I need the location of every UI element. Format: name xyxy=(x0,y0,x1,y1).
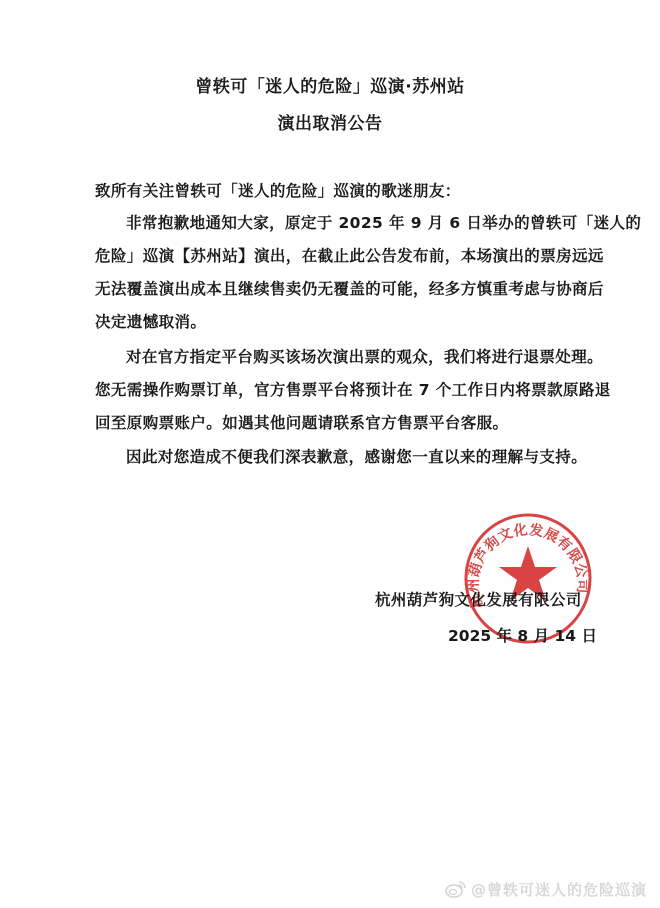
weibo-icon xyxy=(445,879,467,899)
document-title: 曾轶可「迷人的危险」巡演·苏州站 xyxy=(0,72,660,97)
paragraph-line: 危险」巡演【苏州站】演出，在截止此公告发布前，本场演出的票房远远 xyxy=(95,240,567,273)
paragraph-line: 因此对您造成不便我们深表歉意，感谢您一直以来的理解与支持。 xyxy=(95,441,567,474)
signature-date: 2025 年 8 月 14 日 xyxy=(448,624,597,646)
paragraph-apology: 因此对您造成不便我们深表歉意，感谢您一直以来的理解与支持。 xyxy=(95,441,567,474)
watermark-text: @曾轶可迷人的危险巡演 xyxy=(471,879,647,900)
paragraph-line: 无法覆盖演出成本且继续售卖仍无覆盖的可能，经多方慎重考虑与协商后 xyxy=(95,273,567,306)
salutation: 致所有关注曾轶可「迷人的危险」巡演的歌迷朋友： xyxy=(95,175,567,208)
paragraph-line: 您无需操作购票订单，官方售票平台将预计在 7 个工作日内将票款原路退 xyxy=(95,374,567,407)
paragraph-line: 回至原购票账户。如遇其他问题请联系官方售票平台客服。 xyxy=(95,407,567,440)
document-subtitle: 演出取消公告 xyxy=(0,109,660,134)
paragraph-refund: 对在官方指定平台购买该场次演出票的观众，我们将进行退票处理。 您无需操作购票订单… xyxy=(95,341,567,440)
weibo-watermark: @曾轶可迷人的危险巡演 xyxy=(445,876,647,902)
paragraph-cancellation: 非常抱歉地通知大家，原定于 2025 年 9 月 6 日举办的曾轶可「迷人的 危… xyxy=(95,207,567,339)
signature-company: 杭州葫芦狗文化发展有限公司 xyxy=(375,588,582,610)
paragraph-line: 非常抱歉地通知大家，原定于 2025 年 9 月 6 日举办的曾轶可「迷人的 xyxy=(95,207,567,240)
paragraph-line: 决定遗憾取消。 xyxy=(95,306,567,339)
paragraph-line: 对在官方指定平台购买该场次演出票的观众，我们将进行退票处理。 xyxy=(95,341,567,374)
